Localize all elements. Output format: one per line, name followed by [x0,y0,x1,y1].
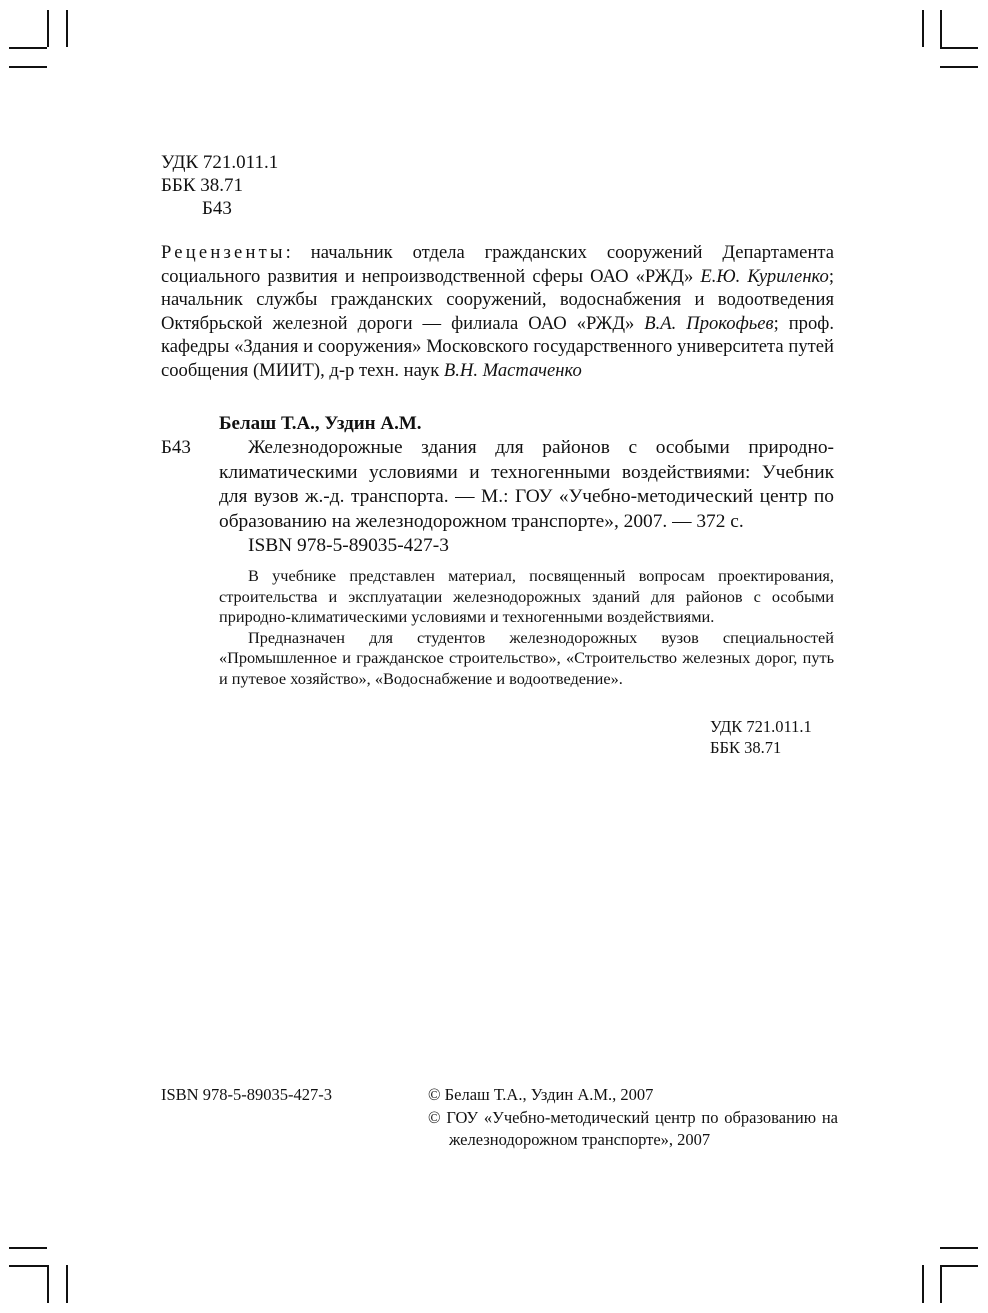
crop-mark [66,1265,68,1303]
crop-mark [940,1247,978,1249]
reviewer-name: В.Н. Мастаченко [444,360,582,381]
crop-mark [9,47,47,49]
udk-code: УДК 721.011.1 [161,151,278,174]
isbn-record: ISBN 978-5-89035-427-3 [219,534,834,559]
crop-mark [9,66,47,68]
bbk-code: ББК 38.71 [161,174,278,197]
udk-code: УДК 721.011.1 [710,716,812,737]
author-mark-margin: Б43 [161,436,191,459]
reviewer-name: В.А. Прокофьев [644,313,773,334]
reviewers-label: Рецензенты [161,242,286,263]
crop-mark [940,10,942,47]
reviewer-name: Е.Ю. Куриленко [700,266,828,287]
classification-codes-right: УДК 721.011.1 ББК 38.71 [710,716,812,758]
crop-mark [940,66,978,68]
bbk-code: ББК 38.71 [710,737,812,758]
reviewers-paragraph: Рецензенты: начальник отдела гражданских… [161,241,834,382]
crop-mark [922,1265,924,1303]
annotation-paragraph: Предназначен для студентов железнодорожн… [219,628,834,690]
copyright-line: © ГОУ «Учебно-методический центр по обра… [428,1107,838,1152]
crop-mark [47,1265,49,1303]
bibliographic-description: Железнодорожные здания для районов с осо… [219,436,834,559]
crop-mark [47,10,49,47]
annotation: В учебнике представлен материал, посвяще… [219,566,834,689]
crop-mark [922,10,924,47]
footer-isbn: ISBN 978-5-89035-427-3 [161,1084,332,1105]
classification-codes-top: УДК 721.011.1 ББК 38.71 Б43 [161,151,278,220]
crop-mark [940,1265,978,1267]
crop-mark [66,10,68,47]
crop-mark [940,47,978,49]
crop-mark [9,1265,47,1267]
copyright-line: © Белаш Т.А., Уздин А.М., 2007 [428,1084,838,1107]
author-mark: Б43 [161,197,278,220]
authors-heading: Белаш Т.А., Уздин А.М. [219,412,422,435]
crop-mark [940,1265,942,1303]
book-description: Железнодорожные здания для районов с осо… [219,436,834,534]
crop-mark [9,1247,47,1249]
copyright-block: © Белаш Т.А., Уздин А.М., 2007 © ГОУ «Уч… [428,1084,838,1152]
annotation-paragraph: В учебнике представлен материал, посвяще… [219,566,834,628]
